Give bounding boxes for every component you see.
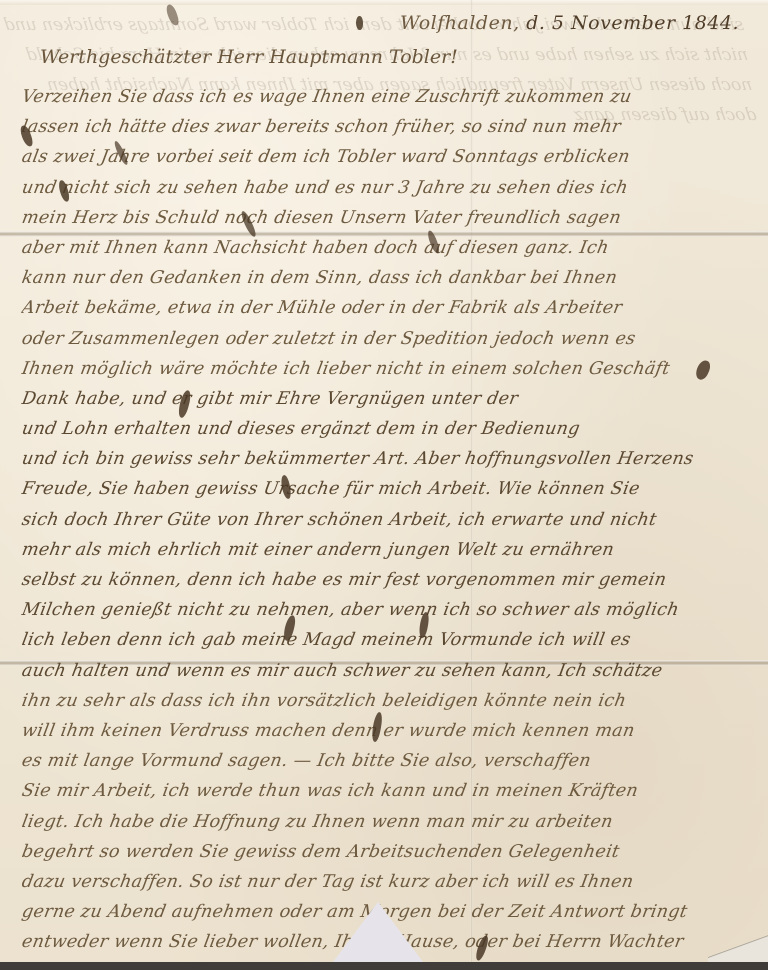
body-line: es mit lange Vormund sagen. — Ich bitte …	[19, 746, 754, 776]
body-line: und ich bin gewiss sehr bekümmerter Art.…	[19, 444, 754, 474]
body-line: Sie mir Arbeit, ich werde thun was ich k…	[19, 776, 754, 806]
letter-place: Wolfhalden,	[400, 12, 520, 34]
body-line: kann nur den Gedanken in dem Sinn, dass …	[19, 263, 754, 293]
body-line: liegt. Ich habe die Hoffnung zu Ihnen we…	[19, 807, 754, 837]
letter-body: Verzeihen Sie dass ich es wage Ihnen ein…	[22, 82, 752, 957]
body-line: ihn zu sehr als dass ich ihn vorsätzlich…	[19, 686, 754, 716]
body-line: Arbeit bekäme, etwa in der Mühle oder in…	[19, 293, 754, 323]
body-line: dazu verschaffen. So ist nur der Tag ist…	[19, 867, 754, 897]
body-line: Verzeihen Sie dass ich es wage Ihnen ein…	[19, 82, 754, 112]
scan-border	[0, 962, 768, 970]
ink-blot	[356, 16, 363, 30]
body-line: Dank habe, und er gibt mir Ehre Vergnüge…	[19, 384, 754, 414]
body-line: oder Zusammenlegen oder zuletzt in der S…	[19, 324, 754, 354]
body-line: Ihnen möglich wäre möchte ich lieber nic…	[19, 354, 754, 384]
body-line: lich leben denn ich gab meine Magd meine…	[19, 625, 754, 655]
body-line: und Lohn erhalten und dieses ergänzt dem…	[19, 414, 754, 444]
body-line: lassen ich hätte dies zwar bereits schon…	[19, 112, 754, 142]
body-line: begehrt so werden Sie gewiss dem Arbeits…	[19, 837, 754, 867]
torn-paper-corner	[330, 902, 426, 962]
body-line: auch halten und wenn es mir auch schwer …	[19, 656, 754, 686]
body-line: mehr als mich ehrlich mit einer andern j…	[19, 535, 754, 565]
letter-header: Wolfhalden, d. 5 November 1844.	[400, 12, 760, 34]
body-line: Milchen genießt nicht zu nehmen, aber we…	[19, 595, 754, 625]
letter-page: sind nun mehr als zwei Jahre vorbei seit…	[0, 0, 768, 962]
paper-top-edge	[0, 0, 768, 5]
body-line: Freude, Sie haben gewiss Ursache für mic…	[19, 474, 754, 504]
paper-corner-edge	[708, 932, 768, 962]
letter-salutation: Werthgeschätzter Herr Hauptmann Tobler!	[40, 46, 458, 68]
body-line: als zwei Jahre vorbei seit dem ich Toble…	[19, 142, 754, 172]
body-line: selbst zu können, denn ich habe es mir f…	[19, 565, 754, 595]
body-line: aber mit Ihnen kann Nachsicht haben doch…	[19, 233, 754, 263]
body-line: und nicht sich zu sehen habe und es nur …	[19, 173, 754, 203]
body-line: sich doch Ihrer Güte von Ihrer schönen A…	[19, 505, 754, 535]
body-line: will ihm keinen Verdruss machen denn er …	[19, 716, 754, 746]
letter-date: d. 5 November 1844.	[526, 12, 739, 34]
body-line: mein Herz bis Schuld noch diesen Unsern …	[19, 203, 754, 233]
